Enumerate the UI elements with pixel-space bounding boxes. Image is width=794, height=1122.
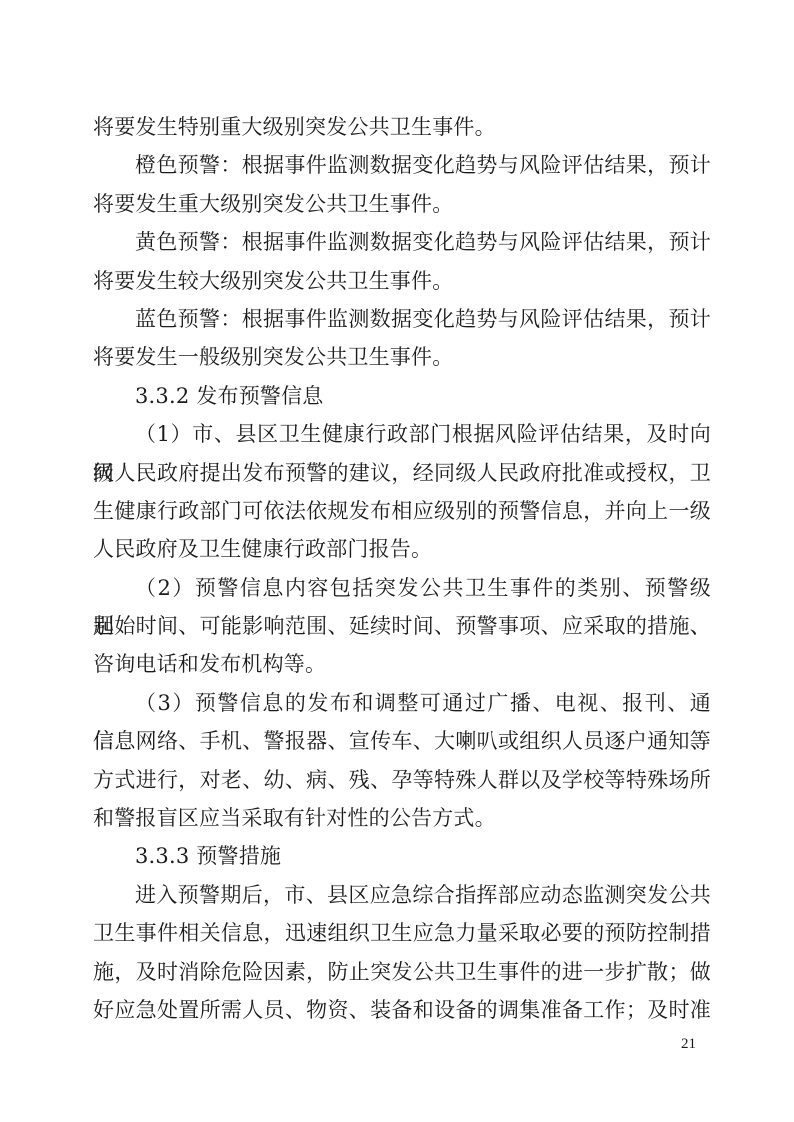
text-line: 橙色预警：根据事件监测数据变化趋势与风险评估结果，预计 xyxy=(93,146,711,184)
text-line: 将要发生一般级别突发公共卫生事件。 xyxy=(93,338,711,376)
text-line: 卫生事件相关信息，迅速组织卫生应急力量采取必要的预防控制措 xyxy=(93,914,711,952)
text-line: 将要发生重大级别突发公共卫生事件。 xyxy=(93,185,711,223)
text-line: 人民政府及卫生健康行政部门报告。 xyxy=(93,530,711,568)
text-line: 施，及时消除危险因素，防止突发公共卫生事件的进一步扩散；做 xyxy=(93,953,711,991)
text-line: （1）市、县区卫生健康行政部门根据风险评估结果，及时向同 xyxy=(93,415,711,453)
text-line: 蓝色预警：根据事件监测数据变化趋势与风险评估结果，预计 xyxy=(93,300,711,338)
text-line: 起始时间、可能影响范围、延续时间、预警事项、应采取的措施、 xyxy=(93,607,711,645)
text-line: 和警报盲区应当采取有针对性的公告方式。 xyxy=(93,799,711,837)
page-number: 21 xyxy=(681,1034,715,1054)
text-line: 级人民政府提出发布预警的建议，经同级人民政府批准或授权，卫 xyxy=(93,454,711,492)
text-line: 信息网络、手机、警报器、宣传车、大喇叭或组织人员逐户通知等 xyxy=(93,722,711,760)
text-line: 方式进行，对老、幼、病、残、孕等特殊人群以及学校等特殊场所 xyxy=(93,761,711,799)
document-page: 将要发生特别重大级别突发公共卫生事件。橙色预警：根据事件监测数据变化趋势与风险评… xyxy=(0,0,794,1122)
section-heading: 3.3.3 预警措施 xyxy=(93,837,711,875)
text-line: 黄色预警：根据事件监测数据变化趋势与风险评估结果，预计 xyxy=(93,223,711,261)
text-line: （3）预警信息的发布和调整可通过广播、电视、报刊、通信、 xyxy=(93,684,711,722)
document-body: 将要发生特别重大级别突发公共卫生事件。橙色预警：根据事件监测数据变化趋势与风险评… xyxy=(93,108,711,1029)
text-line: 进入预警期后，市、县区应急综合指挥部应动态监测突发公共 xyxy=(93,876,711,914)
text-line: 咨询电话和发布机构等。 xyxy=(93,645,711,683)
text-line: 生健康行政部门可依法依规发布相应级别的预警信息，并向上一级 xyxy=(93,492,711,530)
text-line: 将要发生较大级别突发公共卫生事件。 xyxy=(93,262,711,300)
text-line: 好应急处置所需人员、物资、装备和设备的调集准备工作；及时准 xyxy=(93,991,711,1029)
text-line: 将要发生特别重大级别突发公共卫生事件。 xyxy=(93,108,711,146)
section-heading: 3.3.2 发布预警信息 xyxy=(93,377,711,415)
text-line: （2）预警信息内容包括突发公共卫生事件的类别、预警级别、 xyxy=(93,569,711,607)
